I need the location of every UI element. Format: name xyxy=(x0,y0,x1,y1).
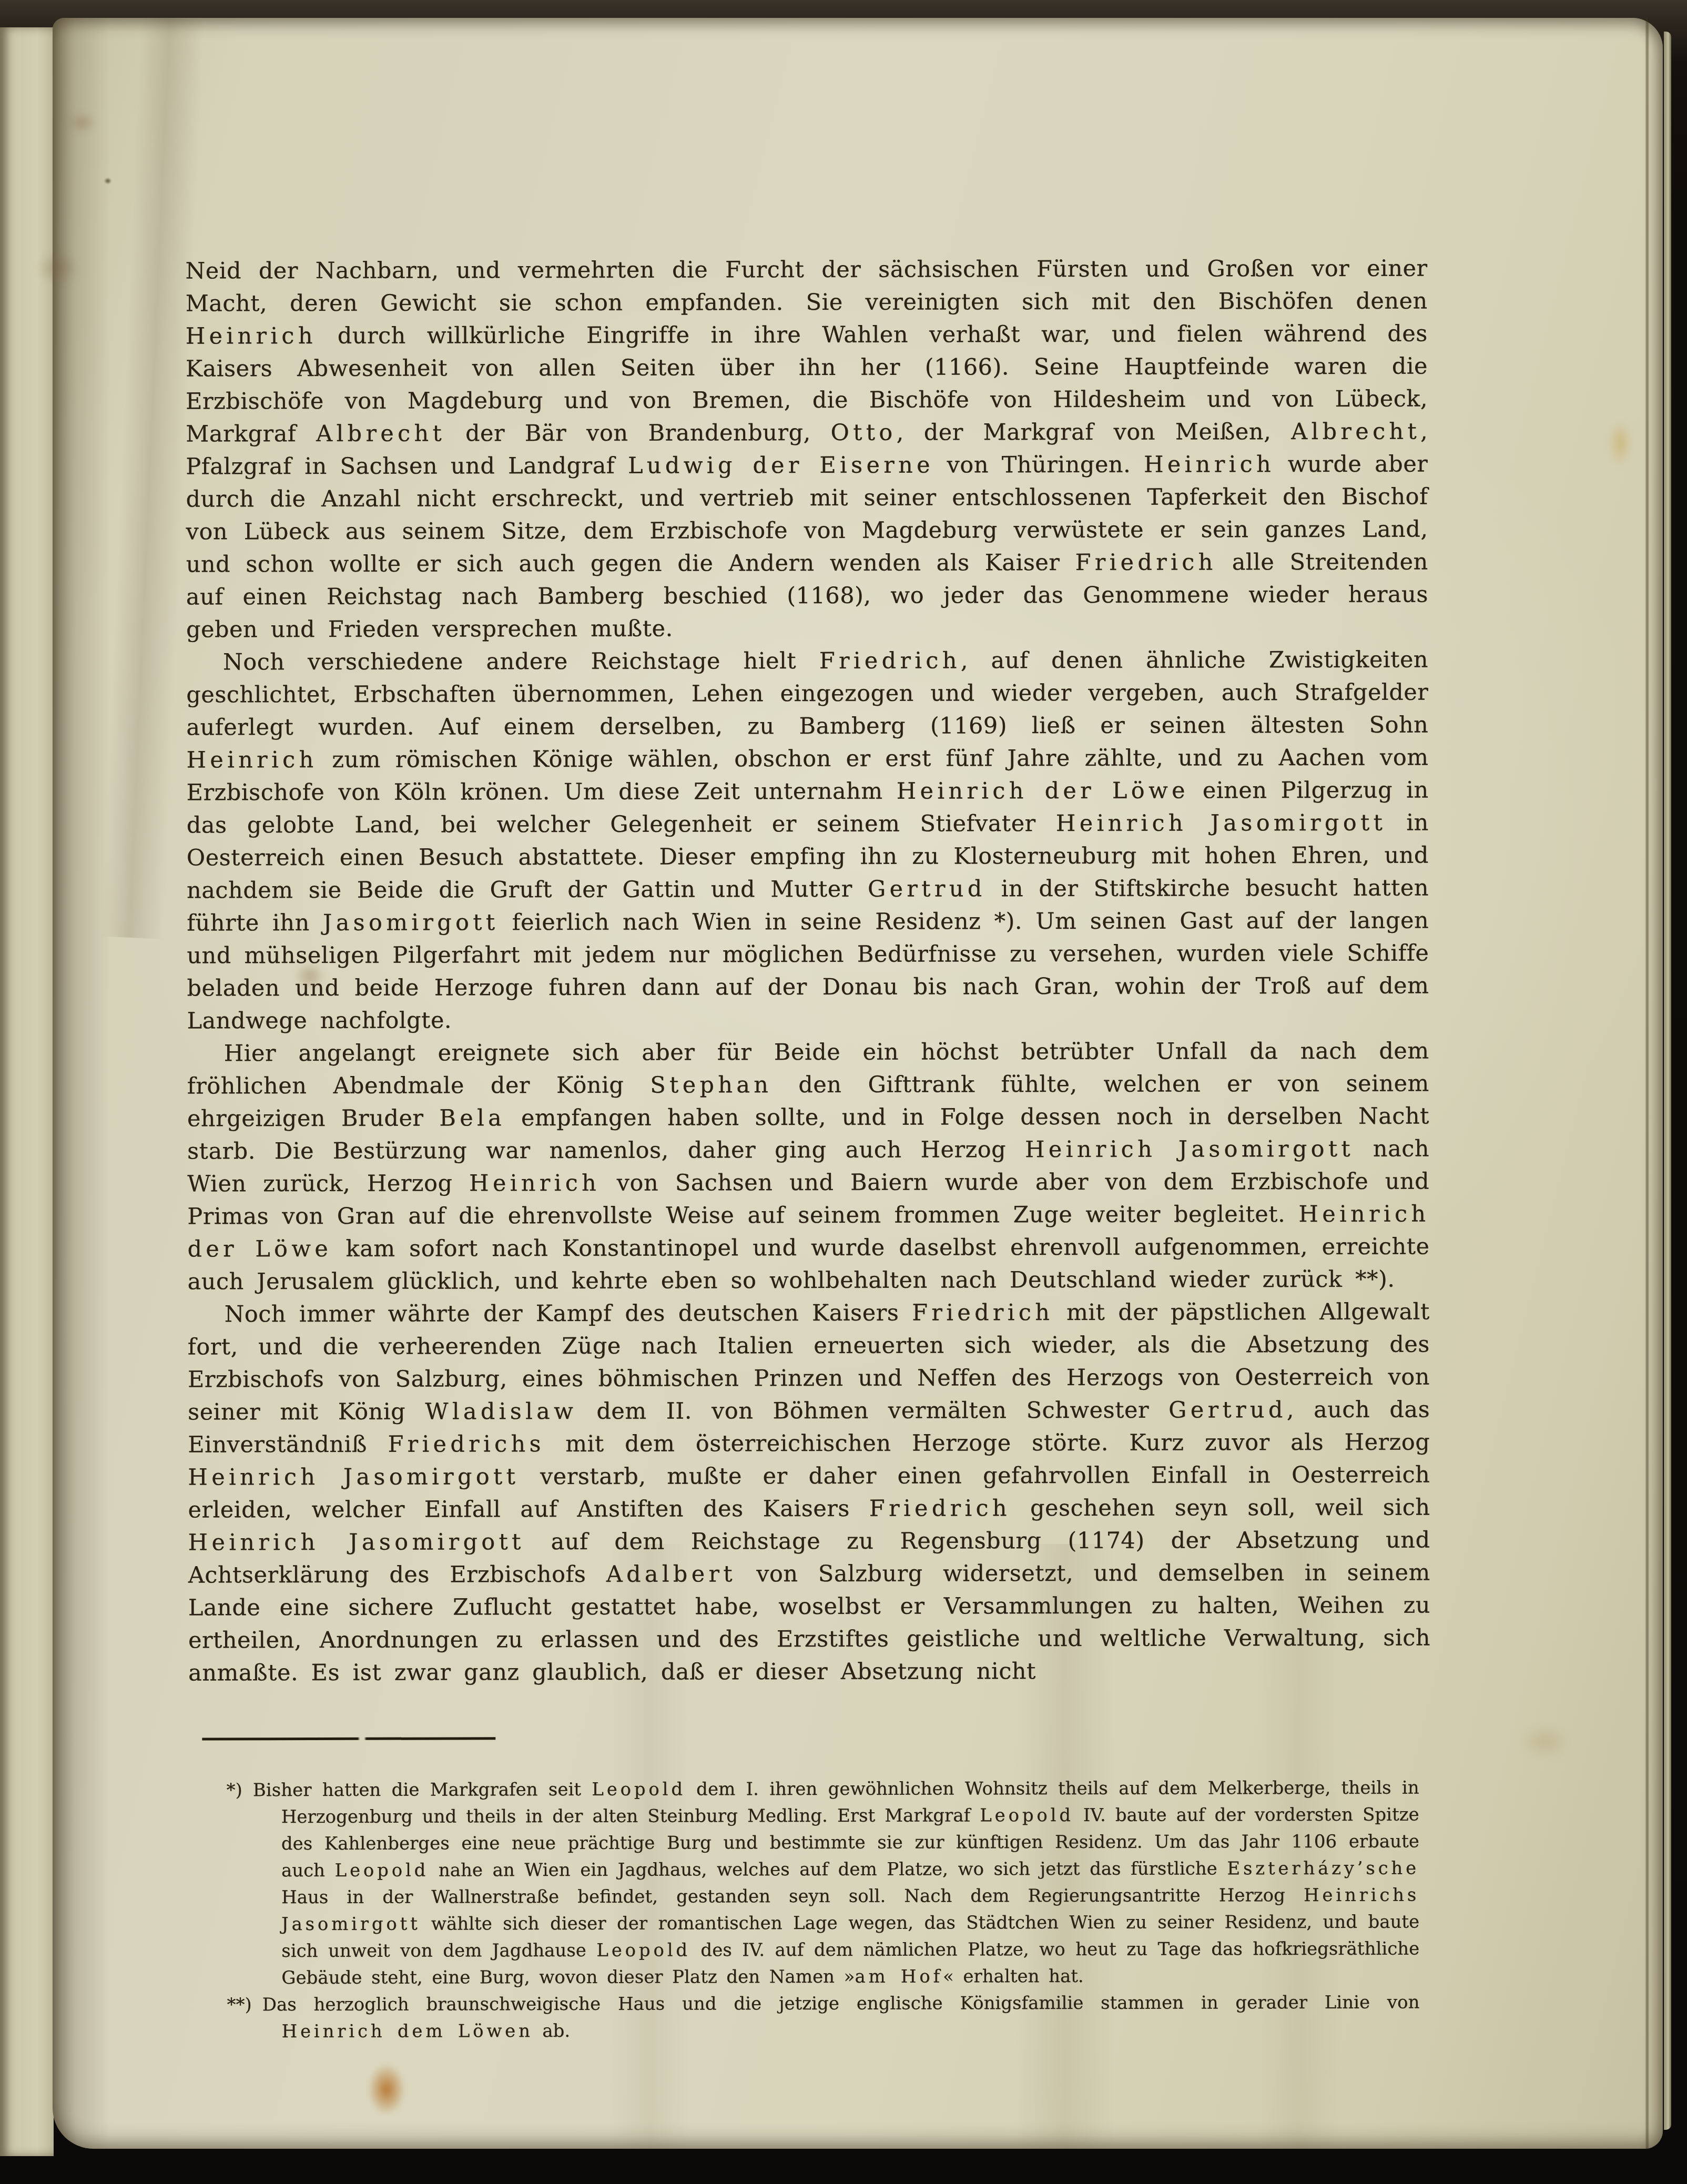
footnotes: *)Bisher hatten die Markgrafen seit Leop… xyxy=(227,1775,1420,2046)
book-scan: Neid der Nachbarn, und vermehrten die Fu… xyxy=(0,0,1687,2184)
footnote-2: **)Das herzoglich braunschweigische Haus… xyxy=(227,1989,1419,2046)
footnote-2-text: Das herzoglich braunschweigische Haus un… xyxy=(262,1992,1420,2043)
text-block: Neid der Nachbarn, und vermehrten die Fu… xyxy=(185,252,1431,2046)
adjacent-page-edge xyxy=(0,27,54,2156)
footnote-1: *)Bisher hatten die Markgrafen seit Leop… xyxy=(227,1775,1420,1992)
body-paragraph-4: Noch immer währte der Kampf des deutsche… xyxy=(188,1296,1431,1690)
gutter-shadow xyxy=(53,18,110,2149)
footnote-1-marker: *) xyxy=(227,1780,253,1801)
footnote-2-marker: **) xyxy=(227,1994,262,2015)
footnote-separator xyxy=(202,1737,495,1740)
body-paragraph-2: Noch verschiedene andere Reichstage hiel… xyxy=(186,644,1429,1038)
body-paragraph-1: Neid der Nachbarn, und vermehrten die Fu… xyxy=(185,252,1428,646)
page-fold-edge xyxy=(1645,18,1649,2149)
footnote-1-text: Bisher hatten die Markgrafen seit Leopol… xyxy=(253,1777,1419,1989)
under-page-edge xyxy=(1664,32,1671,2130)
book-page: Neid der Nachbarn, und vermehrten die Fu… xyxy=(53,18,1663,2149)
body-paragraph-3: Hier angelangt ereignete sich aber für B… xyxy=(187,1035,1430,1298)
